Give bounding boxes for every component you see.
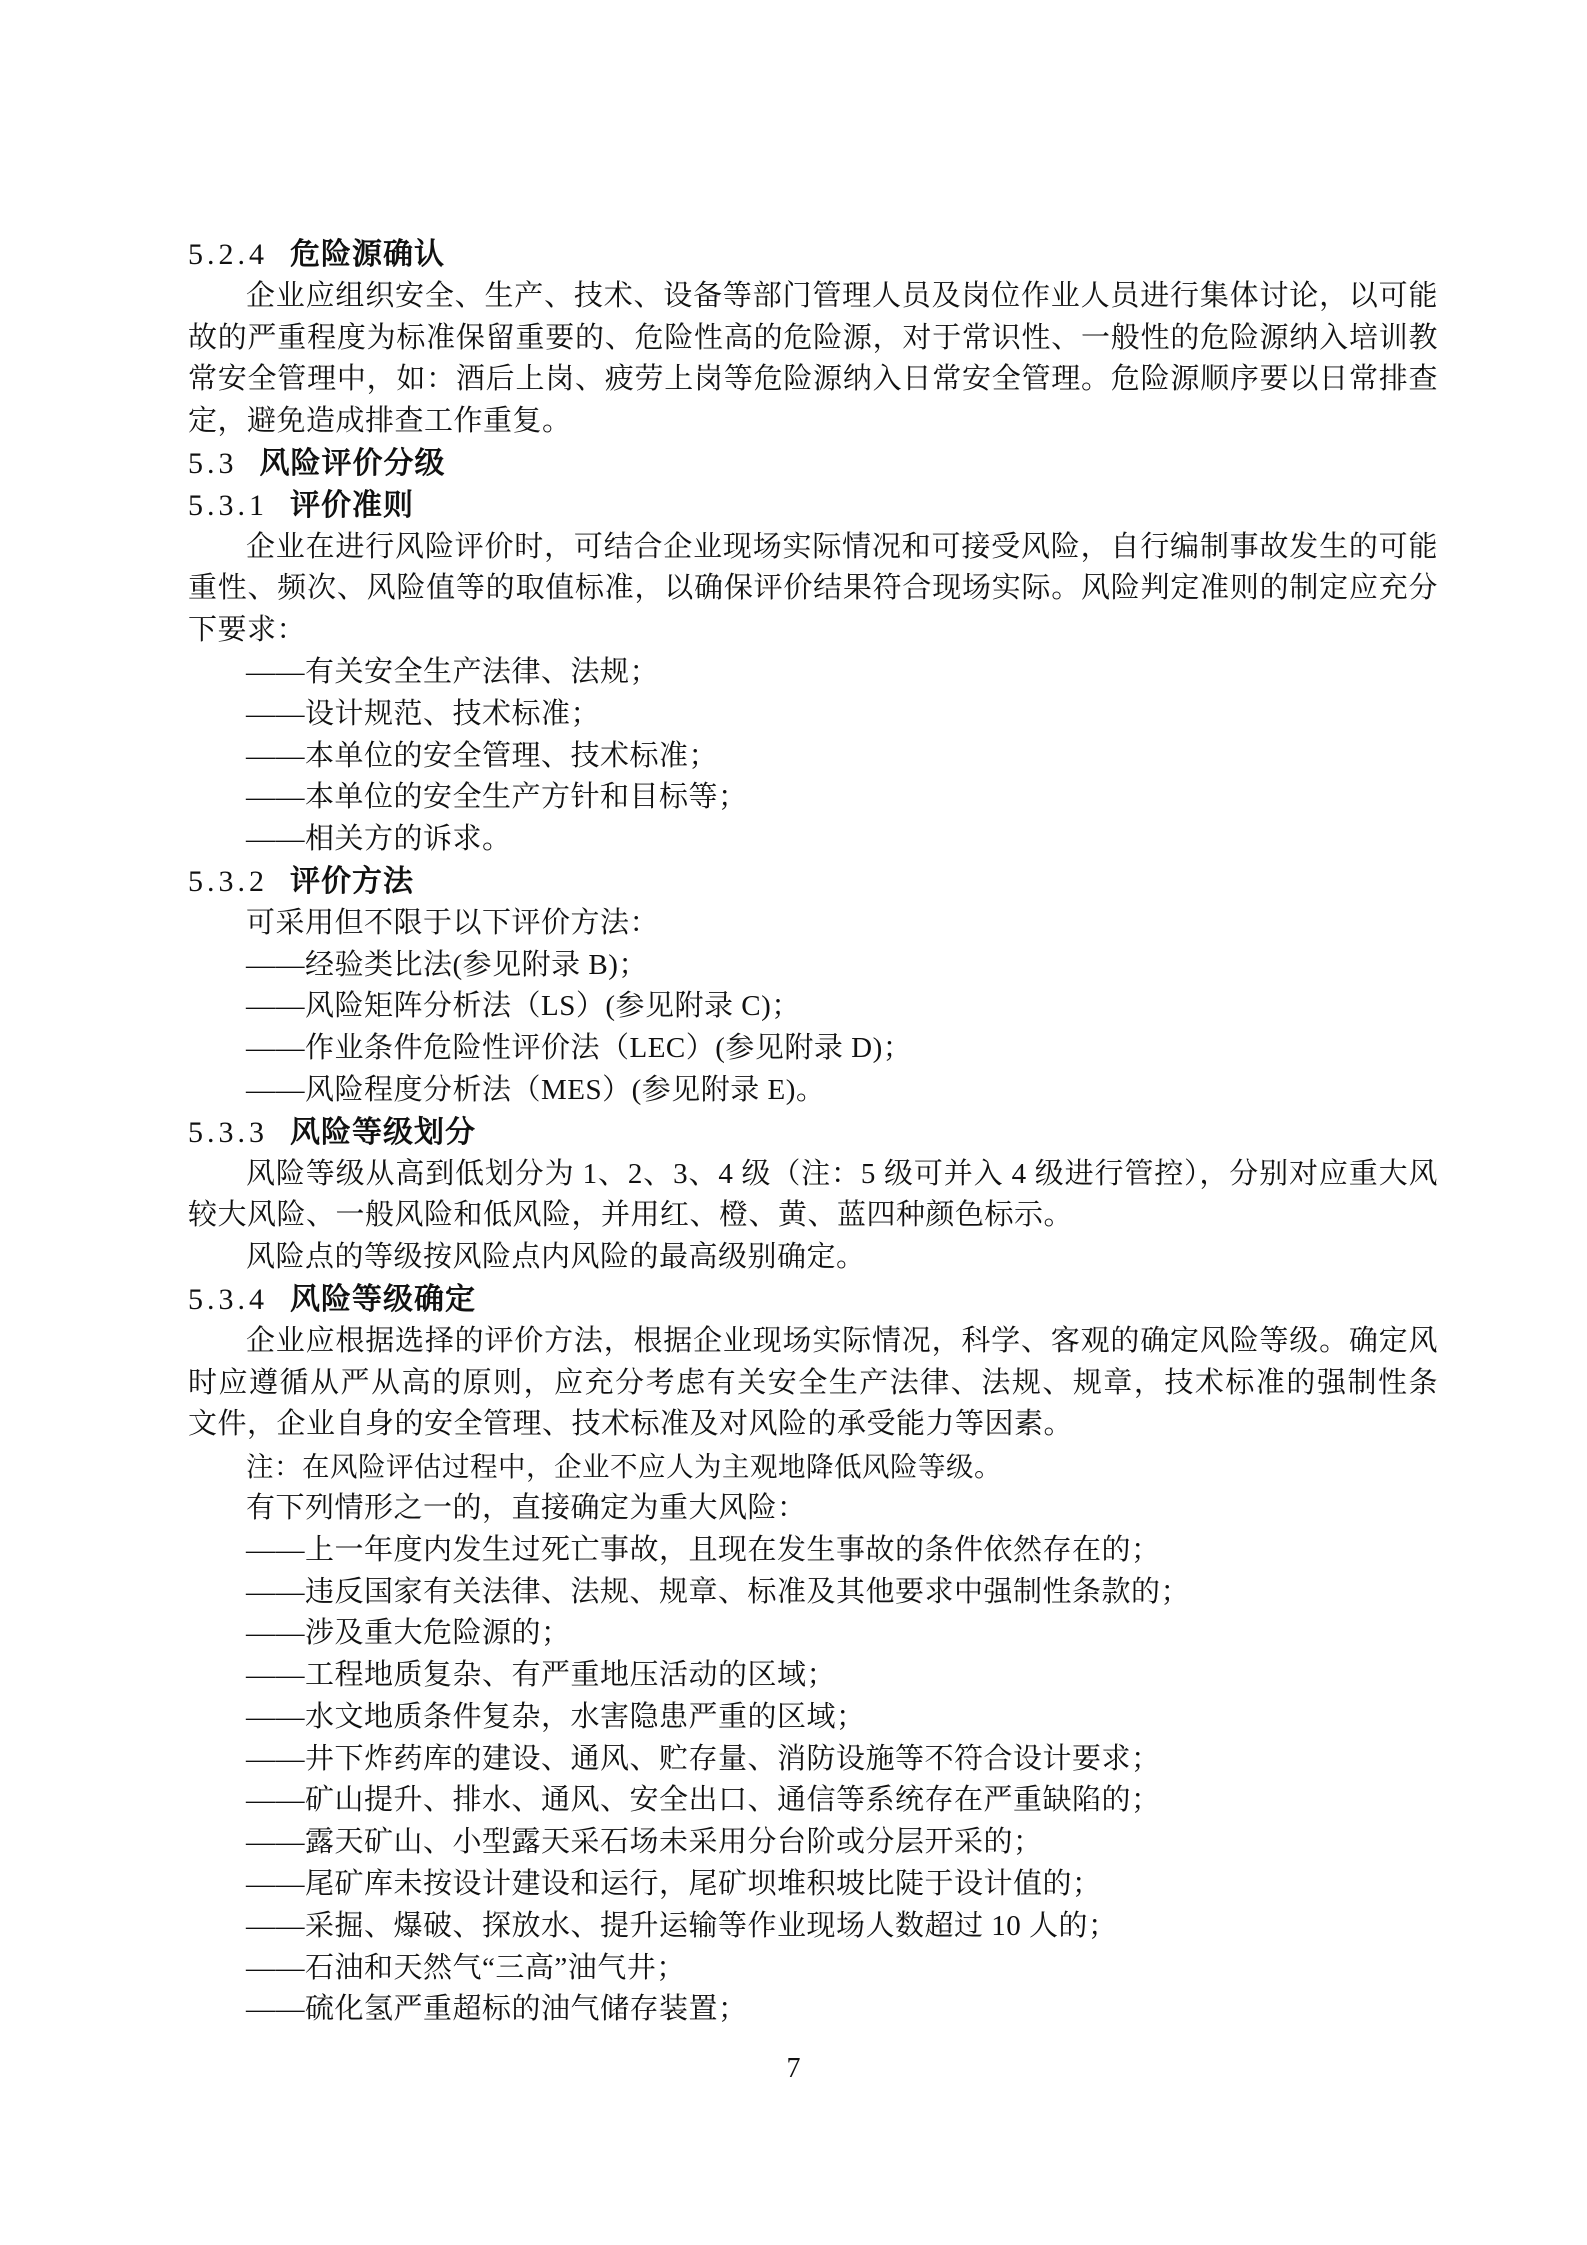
- heading-title: 危险源确认: [290, 238, 445, 271]
- text-line: ——上一年度内发生过死亡事故，且现在发生事故的条件依然存在的；: [188, 1530, 1438, 1572]
- text-line: ——井下炸药库的建设、通风、贮存量、消防设施等不符合设计要求；: [188, 1739, 1438, 1781]
- text-line: 注：在风险评估过程中，企业不应人为主观地降低风险等级。: [188, 1446, 1438, 1488]
- heading-title: 风险评价分级: [260, 447, 446, 480]
- section-heading: 5.2.4危险源确认: [188, 234, 1438, 276]
- document-page: 5.2.4危险源确认企业应组织安全、生产、技术、设备等部门管理人员及岗位作业人员…: [0, 0, 1587, 2245]
- text-line: ——硫化氢严重超标的油气储存装置；: [188, 1989, 1438, 2031]
- text-line: ——违反国家有关法律、法规、规章、标准及其他要求中强制性条款的；: [188, 1572, 1438, 1614]
- text-line: 风险点的等级按风险点内风险的最高级别确定。: [188, 1237, 1438, 1279]
- section-heading: 5.3.3风险等级划分: [188, 1112, 1438, 1154]
- text-line: ——采掘、爆破、探放水、提升运输等作业现场人数超过 10 人的；: [188, 1906, 1438, 1948]
- text-line: 风险等级从高到低划分为 1、2、3、4 级（注：5 级可并入 4 级进行管控），…: [188, 1154, 1438, 1196]
- heading-number: 5.2.4: [188, 238, 268, 271]
- text-line: ——风险程度分析法（MES）(参见附录 E)。: [188, 1070, 1438, 1112]
- heading-title: 风险等级确定: [290, 1283, 476, 1316]
- text-line: 可采用但不限于以下评价方法：: [188, 903, 1438, 945]
- text-line: 企业应根据选择的评价方法，根据企业现场实际情况，科学、客观的确定风险等级。确定风…: [188, 1321, 1438, 1363]
- text-line: ——水文地质条件复杂，水害隐患严重的区域；: [188, 1697, 1438, 1739]
- text-line: ——风险矩阵分析法（LS）(参见附录 C)；: [188, 986, 1438, 1028]
- heading-title: 评价准则: [290, 489, 414, 522]
- text-line: 企业应组织安全、生产、技术、设备等部门管理人员及岗位作业人员进行集体讨论，以可能…: [188, 276, 1438, 318]
- text-line: 下要求：: [188, 610, 1438, 652]
- heading-title: 风险等级划分: [290, 1116, 476, 1149]
- text-line: 企业在进行风险评价时，可结合企业现场实际情况和可接受风险，自行编制事故发生的可能…: [188, 527, 1438, 569]
- text-line: ——作业条件危险性评价法（LEC）(参见附录 D)；: [188, 1028, 1438, 1070]
- page-number: 7: [0, 2048, 1587, 2090]
- text-line: 文件，企业自身的安全管理、技术标准及对风险的承受能力等因素。: [188, 1404, 1438, 1446]
- text-line: ——有关安全生产法律、法规；: [188, 652, 1438, 694]
- text-line: ——露天矿山、小型露天采石场未采用分台阶或分层开采的；: [188, 1822, 1438, 1864]
- heading-number: 5.3.3: [188, 1116, 268, 1149]
- section-heading: 5.3风险评价分级: [188, 443, 1438, 485]
- heading-number: 5.3.1: [188, 489, 268, 522]
- document-body: 5.2.4危险源确认企业应组织安全、生产、技术、设备等部门管理人员及岗位作业人员…: [188, 234, 1438, 2031]
- section-heading: 5.3.1评价准则: [188, 485, 1438, 527]
- text-line: 有下列情形之一的，直接确定为重大风险：: [188, 1488, 1438, 1530]
- text-line: ——相关方的诉求。: [188, 819, 1438, 861]
- text-line: 较大风险、一般风险和低风险，并用红、橙、黄、蓝四种颜色标示。: [188, 1195, 1438, 1237]
- text-line: ——本单位的安全管理、技术标准；: [188, 736, 1438, 778]
- text-line: ——石油和天然气“三高”油气井；: [188, 1948, 1438, 1990]
- text-line: ——本单位的安全生产方针和目标等；: [188, 777, 1438, 819]
- text-line: 重性、频次、风险值等的取值标准，以确保评价结果符合现场实际。风险判定准则的制定应…: [188, 568, 1438, 610]
- text-line: 时应遵循从严从高的原则，应充分考虑有关安全生产法律、法规、规章，技术标准的强制性…: [188, 1363, 1438, 1405]
- text-line: ——涉及重大危险源的；: [188, 1613, 1438, 1655]
- text-line: ——工程地质复杂、有严重地压活动的区域；: [188, 1655, 1438, 1697]
- text-line: 常安全管理中，如：酒后上岗、疲劳上岗等危险源纳入日常安全管理。危险源顺序要以日常…: [188, 359, 1438, 401]
- text-line: ——尾矿库未按设计建设和运行，尾矿坝堆积坡比陡于设计值的；: [188, 1864, 1438, 1906]
- heading-title: 评价方法: [290, 865, 414, 898]
- heading-number: 5.3.4: [188, 1283, 268, 1316]
- heading-number: 5.3: [188, 447, 238, 480]
- text-line: 故的严重程度为标准保留重要的、危险性高的危险源，对于常识性、一般性的危险源纳入培…: [188, 318, 1438, 360]
- heading-number: 5.3.2: [188, 865, 268, 898]
- text-line: ——设计规范、技术标准；: [188, 694, 1438, 736]
- text-line: 定，避免造成排查工作重复。: [188, 401, 1438, 443]
- text-line: ——经验类比法(参见附录 B)；: [188, 945, 1438, 987]
- section-heading: 5.3.4风险等级确定: [188, 1279, 1438, 1321]
- text-line: ——矿山提升、排水、通风、安全出口、通信等系统存在严重缺陷的；: [188, 1780, 1438, 1822]
- section-heading: 5.3.2评价方法: [188, 861, 1438, 903]
